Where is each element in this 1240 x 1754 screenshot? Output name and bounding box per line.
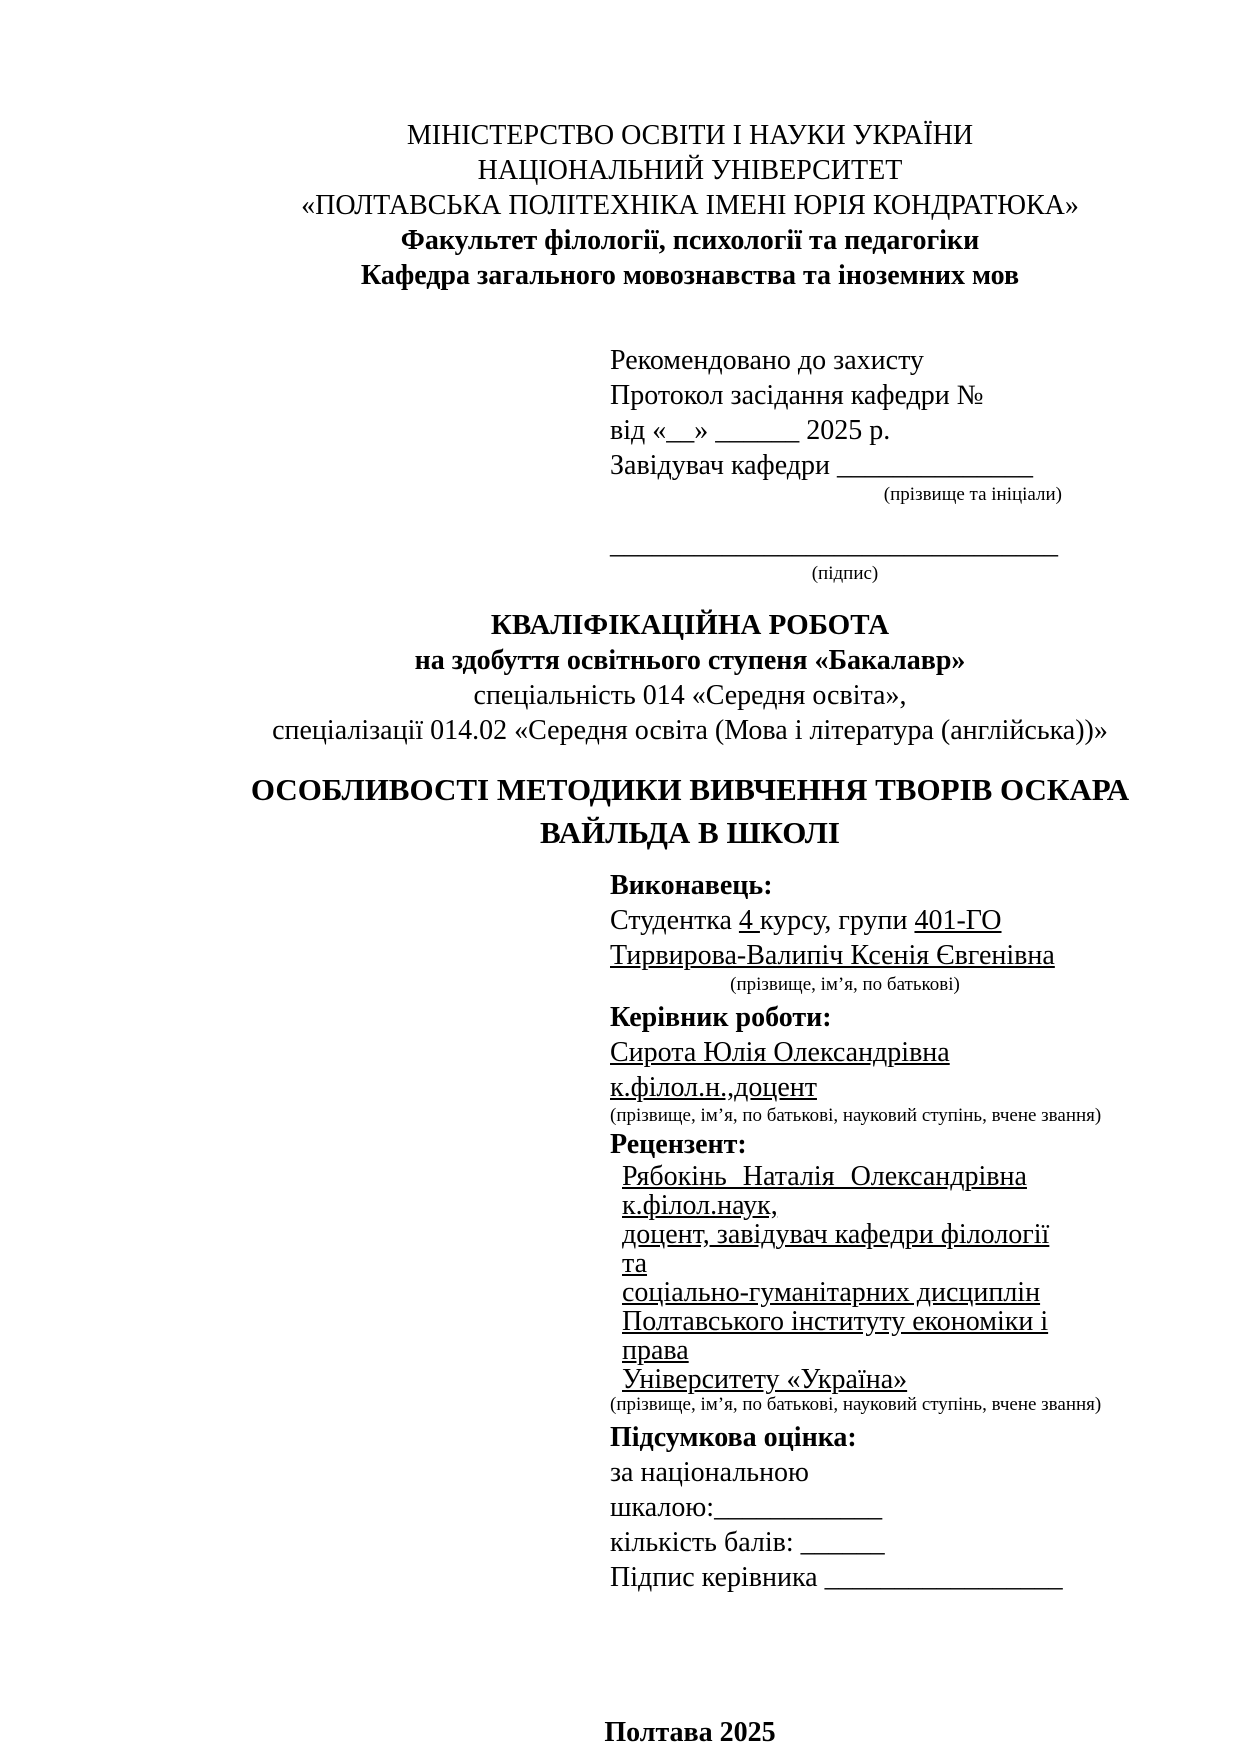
points-blank: ______	[801, 1527, 885, 1558]
department-head-line: Завідувач кафедри ______________	[610, 448, 1080, 483]
university-name-line: «ПОЛТАВСЬКА ПОЛІТЕХНІКА ІМЕНІ ЮРІЯ КОНДР…	[150, 188, 1230, 223]
department-line: Кафедра загального мовознавства та інозе…	[150, 258, 1230, 293]
approval-recommended: Рекомендовано до захисту	[610, 343, 1080, 378]
thesis-title-line2: ВАЙЛЬДА В ШКОЛІ	[150, 811, 1230, 854]
reviewer-line: Рябокінь Наталія Олександрівна к.філол.н…	[622, 1162, 1070, 1220]
supervisor-degree: к.філол.н.,доцент	[610, 1070, 1080, 1105]
approval-block: Рекомендовано до захисту Протокол засіда…	[610, 343, 1080, 586]
national-scale-blank: ____________	[714, 1492, 882, 1523]
qualification-block: КВАЛІФІКАЦІЙНА РОБОТА на здобуття освітн…	[150, 608, 1230, 748]
supervisor-signature-line: Підпис керівника _________________	[610, 1560, 1080, 1595]
student-name: Тирвирова-Валипіч Ксенія Євгенівна	[610, 938, 1080, 973]
reviewer-line: Університету «Україна»	[622, 1365, 1070, 1394]
university-header: МІНІСТЕРСТВО ОСВІТИ І НАУКИ УКРАЇНИ НАЦІ…	[150, 0, 1230, 293]
final-grade-heading: Підсумкова оцінка:	[610, 1420, 1080, 1455]
points-line: кількість балів: ______	[610, 1525, 1080, 1560]
title-page: МІНІСТЕРСТВО ОСВІТИ І НАУКИ УКРАЇНИ НАЦІ…	[0, 0, 1240, 1754]
qualification-title: КВАЛІФІКАЦІЙНА РОБОТА	[150, 608, 1230, 643]
executor-heading: Виконавець:	[610, 868, 1080, 903]
reviewer-line: Полтавського інституту економіки і права	[622, 1307, 1070, 1365]
specialty-line: спеціальність 014 «Середня освіта»,	[150, 678, 1230, 713]
reviewer-line: соціально-гуманітарних дисциплін	[622, 1278, 1070, 1307]
supervisor-name: Сирота Юлія Олександрівна	[610, 1035, 1080, 1070]
name-initials-caption: (прізвище та ініціали)	[610, 483, 1080, 507]
national-scale-line: за національною шкалою:____________	[610, 1455, 1080, 1525]
faculty-line: Факультет філології, психології та педаг…	[150, 223, 1230, 258]
signature-caption: (підпис)	[610, 562, 1080, 586]
final-grade-block: Підсумкова оцінка: за національною шкало…	[610, 1420, 1080, 1595]
supervisor-signature-blank: _________________	[825, 1562, 1063, 1593]
points-label: кількість балів:	[610, 1527, 801, 1558]
people-block: Виконавець: Студентка 4 курсу, групи 401…	[610, 868, 1080, 1595]
city-year: Полтава 2025	[150, 1715, 1230, 1750]
approval-protocol: Протокол засідання кафедри №	[610, 378, 1080, 413]
department-head-blank: ______________	[837, 450, 1033, 481]
signature-blank-line: ________________________________	[610, 527, 1080, 562]
supervisor-caption: (прізвище, ім’я, по батькові, науковий с…	[610, 1105, 1080, 1127]
supervisor-heading: Керівник роботи:	[610, 1000, 1080, 1035]
thesis-title-line1: ОСОБЛИВОСТІ МЕТОДИКИ ВИВЧЕННЯ ТВОРІВ ОСК…	[150, 768, 1230, 811]
thesis-title: ОСОБЛИВОСТІ МЕТОДИКИ ВИВЧЕННЯ ТВОРІВ ОСК…	[150, 768, 1230, 854]
reviewer-heading: Рецензент:	[610, 1127, 1080, 1162]
university-line: НАЦІОНАЛЬНИЙ УНІВЕРСИТЕТ	[150, 153, 1230, 188]
approval-date: від «__» ______ 2025 р.	[610, 413, 1080, 448]
department-head-label: Завідувач кафедри	[610, 450, 837, 481]
student-prefix: Студентка	[610, 905, 739, 936]
student-course: 4	[739, 905, 760, 936]
reviewer-line: доцент, завідувач кафедри філології та	[622, 1220, 1070, 1278]
reviewer-caption: (прізвище, ім’я, по батькові, науковий с…	[610, 1394, 1080, 1416]
qualification-degree: на здобуття освітнього ступеня «Бакалавр…	[150, 643, 1230, 678]
student-name-caption: (прізвище, ім’я, по батькові)	[610, 973, 1080, 997]
ministry-line: МІНІСТЕРСТВО ОСВІТИ І НАУКИ УКРАЇНИ	[150, 118, 1230, 153]
student-group: 401-ГО	[914, 905, 1001, 936]
student-line: Студентка 4 курсу, групи 401-ГО	[610, 903, 1080, 938]
specialization-line: спеціалізації 014.02 «Середня освіта (Мо…	[150, 713, 1230, 748]
reviewer-details: Рябокінь Наталія Олександрівна к.філол.н…	[622, 1162, 1070, 1394]
student-mid: курсу, групи	[760, 905, 915, 936]
supervisor-signature-label: Підпис керівника	[610, 1562, 825, 1593]
spacer	[610, 507, 1080, 527]
